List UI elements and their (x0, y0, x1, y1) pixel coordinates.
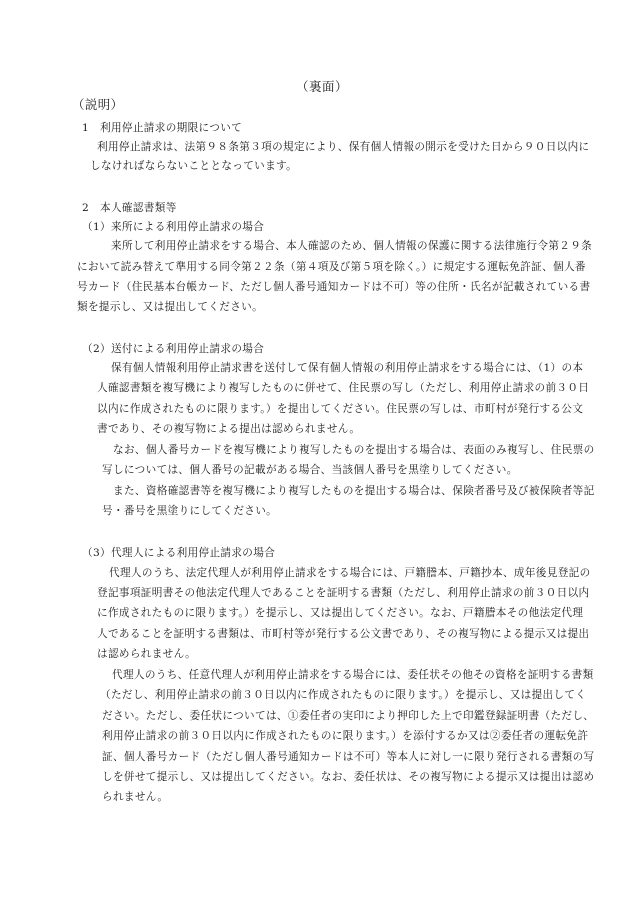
subsection-2-line: なお、個人番号カードを複写機により複写したものを提出する場合は、表面のみ複写し、… (113, 443, 595, 457)
subsection-1-heading: （1）来所による利用停止請求の場合 (82, 220, 264, 234)
section-label: （説明） (72, 98, 123, 112)
subsection-2-line: 以内に作成されたものに限ります。）を提出してください。住民票の写しは、市町村が発… (97, 402, 583, 416)
subsection-2-line: また、資格確認書等を複写機により複写したものを提出する場合は、保険者番号及び被保… (113, 484, 595, 498)
subsection-2-line: 書であり、その複写物による提出は認められません。 (97, 422, 360, 436)
subsection-3-line: 人であることを証明する書類は、市町村等が発行する公文書であり、その複写物による提… (97, 627, 589, 641)
section-1-line: しなければならないこととなっています。 (90, 159, 297, 173)
subsection-3-line: 利用停止請求の前３０日以内に作成されたものに限ります。）を添付するか又は②委任者… (102, 729, 588, 743)
subsection-1-line: において読み替えて準用する同令第２２条（第４項及び第５項を除く。）に規定する運転… (77, 260, 586, 274)
subsection-3-line: に作成されたものに限ります。）を提示し、又は提出してください。なお、戸籍謄本その… (97, 606, 583, 620)
subsection-3-heading: （3）代理人による利用停止請求の場合 (82, 546, 275, 560)
subsection-3-line: 代理人のうち、任意代理人が利用停止請求をする場合には、委任状その他その資格を証明… (112, 668, 594, 682)
section-2-heading: 2 本人確認書類等 (82, 201, 177, 215)
subsection-3-line: しを併せて提示し、又は提出してください。なお、委任状は、その複写物による提示又は… (102, 770, 594, 784)
section-1-heading: 1 利用停止請求の期限について (82, 121, 242, 135)
subsection-3-line: 証、個人番号カード（ただし個人番号通知カードは不可）等本人に対し一に限り発行され… (102, 750, 594, 764)
subsection-1-line: 類を提示し、又は提出してください。 (77, 300, 263, 314)
section-1-line: 利用停止請求は、法第９８条第３項の規定により、保有個人情報の開示を受けた日から９… (97, 140, 589, 154)
subsection-3-line: 登記事項証明書その他法定代理人であることを証明する書類（ただし、利用停止請求の前… (97, 586, 589, 600)
subsection-2-heading: （2）送付による利用停止請求の場合 (82, 342, 264, 356)
subsection-3-line: られません。 (102, 790, 168, 804)
subsection-2-line: 写しについては、個人番号の記載がある場合、当該個人番号を黒塗りしてください。 (102, 463, 518, 477)
subsection-3-line: は認められません。 (97, 647, 196, 661)
subsection-2-line: 保有個人情報利用停止請求書を送付して保有個人情報の利用停止請求をする場合には、（… (111, 361, 583, 375)
subsection-3-line: ださい。ただし、委任状については、①委任者の実印により押印した上で印鑑登録証明書… (102, 709, 594, 723)
subsection-3-line: （ただし、利用停止請求の前３０日以内に作成されたものに限ります。）を提示し、又は… (100, 688, 586, 702)
page-side-label: （裏面） (296, 80, 348, 94)
subsection-2-line: 人確認書類を複写機により複写したものに併せて、住民票の写し（ただし、利用停止請求… (97, 381, 589, 395)
subsection-3-line: 代理人のうち、法定代理人が利用停止請求をする場合には、戸籍謄本、戸籍抄本、成年後… (109, 566, 591, 580)
subsection-1-line: 号カード（住民基本台帳カード、ただし個人番号通知カードは不可）等の住所・氏名が記… (77, 280, 590, 294)
document-page: （裏面） （説明） 1 利用停止請求の期限について 利用停止請求は、法第９８条第… (0, 0, 630, 903)
subsection-2-line: 号・番号を黒塗りにしてください。 (102, 504, 277, 518)
subsection-1-line: 来所して利用停止請求をする場合、本人確認のため、個人情報の保護に関する法律施行令… (111, 239, 592, 253)
